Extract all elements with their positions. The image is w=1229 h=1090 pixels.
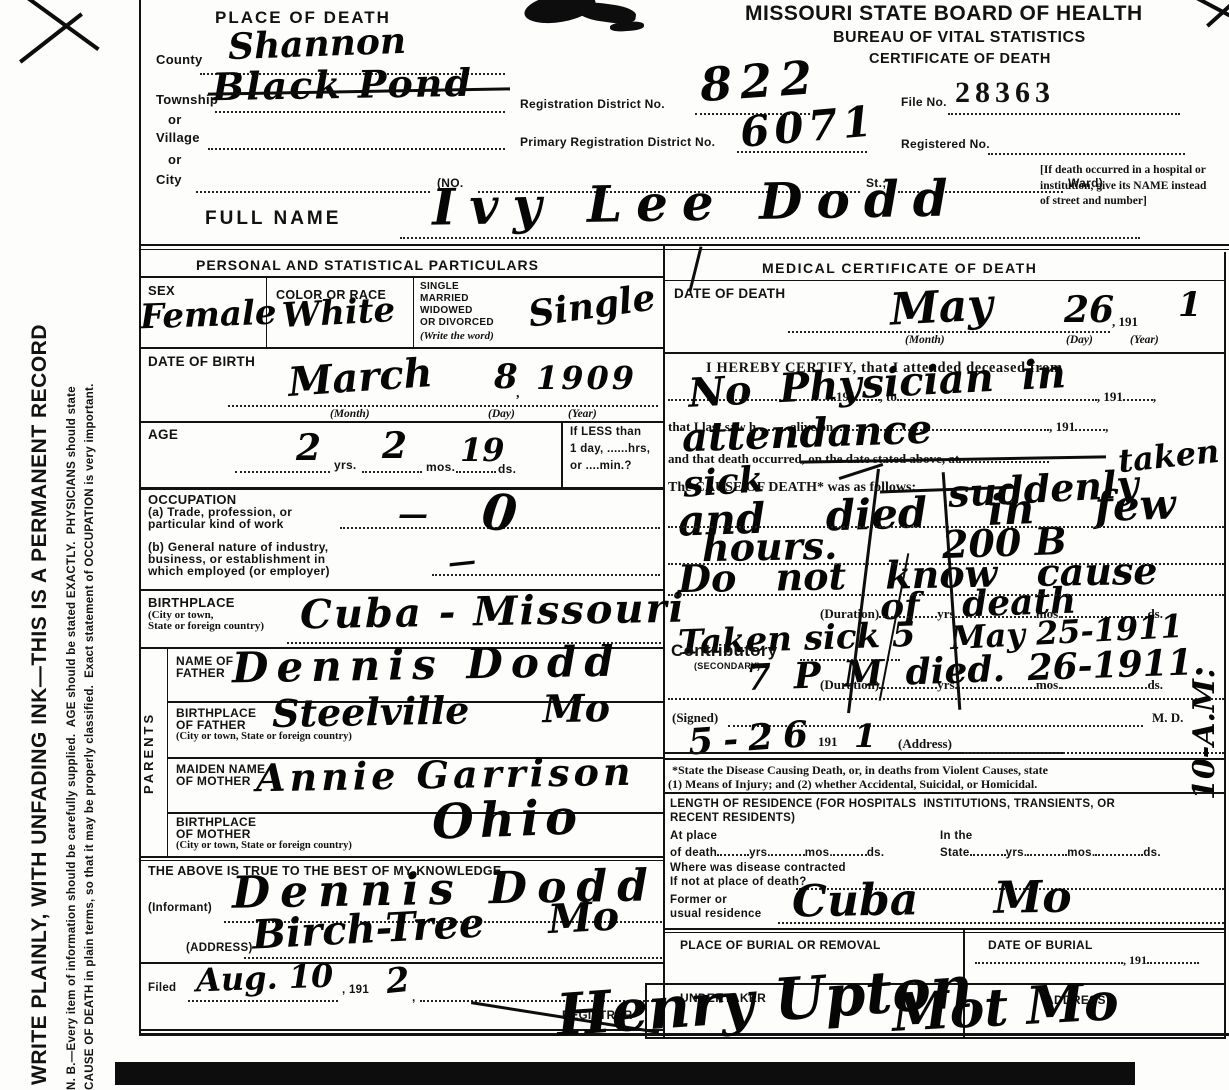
former-residence-value: Cuba Mo	[792, 876, 1072, 925]
dob-day-value: 8	[494, 360, 518, 394]
personal-title: PERSONAL AND STATISTICAL PARTICULARS	[196, 257, 539, 273]
informant-address-label: (ADDRESS)	[186, 942, 253, 954]
rule	[139, 856, 663, 858]
margin-permanent-record-note: WRITE PLAINLY, WITH UNFADING INK—THIS IS…	[28, 20, 64, 1085]
age-months-unit: mos.	[426, 460, 455, 474]
signed-year-value: 1	[854, 720, 876, 752]
filed-line	[188, 999, 338, 1002]
residence-in-state: In the	[940, 830, 972, 842]
signed-year-printed: 191	[818, 734, 838, 750]
bureau-title: BUREAU OF VITAL STATISTICS	[833, 29, 1086, 47]
residence-at-place: At place	[670, 830, 717, 842]
color-race-value: White	[281, 293, 396, 333]
section-divider	[139, 244, 1229, 246]
date-of-burial-line: , 191	[975, 952, 1199, 968]
age-less-than-note: or ....min.?	[570, 460, 632, 472]
dod-year-caption: (Year)	[1130, 334, 1159, 346]
mother-birthplace-value: Ohio	[431, 793, 584, 846]
registration-district-value: 822	[699, 54, 822, 108]
cause-line	[668, 697, 1224, 700]
rule	[167, 812, 663, 814]
age-line	[235, 470, 330, 473]
marital-option: SINGLE	[420, 281, 459, 292]
father-name-value: Dennis Dodd	[232, 641, 622, 690]
rule	[413, 277, 414, 347]
date-of-death-label: DATE OF DEATH	[674, 286, 785, 301]
date-of-death-year-printed: , 191	[1112, 314, 1138, 330]
dob-comma: ,	[516, 386, 520, 402]
vertical-annotation: 10-A.M.	[1190, 630, 1226, 800]
full-name-line	[400, 236, 1140, 239]
village-line	[208, 147, 505, 150]
dob-day-caption: (Day)	[488, 408, 515, 420]
rule	[139, 276, 663, 278]
ink-slash-mark	[688, 246, 702, 291]
or-label: or	[168, 112, 182, 127]
birthplace-label: BIRTHPLACE	[148, 595, 235, 610]
cause-line	[668, 562, 1224, 565]
center-divider	[663, 245, 665, 1037]
residence-in-state-line: Stateyrs.mos.ds.	[940, 844, 1161, 859]
footnote-line2: (1) Means of Injury; and (2) whether Acc…	[668, 777, 1037, 792]
dod-month-caption: (Month)	[905, 334, 945, 346]
marital-option: WIDOWED	[420, 305, 473, 316]
rule	[139, 487, 663, 490]
rule	[663, 792, 1226, 794]
age-years-value: 2	[296, 430, 321, 466]
file-no-value: 28363	[955, 76, 1055, 110]
marital-option: MARRIED	[420, 293, 469, 304]
age-years-unit: yrs.	[334, 458, 357, 472]
board-title: MISSOURI STATE BOARD OF HEALTH	[745, 2, 1143, 26]
village-label: Village	[156, 130, 200, 145]
age-days-unit: ds.	[498, 462, 516, 476]
section-divider	[139, 249, 1229, 250]
occupation-b-dash: —	[447, 547, 478, 578]
filed-date-value: Aug. 10	[195, 960, 333, 997]
file-no-label: File No.	[901, 95, 947, 109]
footnote-line1: *State the Disease Causing Death, or, in…	[672, 763, 1048, 778]
township-value: Black Pond	[212, 64, 474, 107]
date-of-death-year-value: 1	[1178, 288, 1202, 322]
residence-at-place-line: of deathyrs.mos.ds.	[670, 844, 884, 859]
city-label: City	[156, 172, 182, 187]
dob-month-value: March	[287, 353, 434, 403]
filed-year-printed: , 191	[342, 984, 369, 996]
rule	[663, 758, 1226, 760]
certificate-title: CERTIFICATE OF DEATH	[869, 51, 1051, 67]
md-label: M. D.	[1152, 710, 1183, 726]
scan-artifact-bar	[115, 1062, 1135, 1085]
marital-value: Single	[526, 279, 657, 332]
registered-no-line	[988, 152, 1185, 155]
rule	[139, 347, 663, 349]
former-residence-label: usual residence	[670, 908, 761, 920]
place-of-burial-label: PLACE OF BURIAL OR REMOVAL	[680, 938, 881, 952]
informant-label: (Informant)	[148, 902, 212, 914]
residence-title: LENGTH OF RESIDENCE (FOR HOSPITALS INSTI…	[670, 798, 1115, 810]
city-line	[196, 190, 430, 193]
mother-birthplace-label: OF MOTHER	[176, 827, 251, 841]
residence-title: RECENT RESIDENTS)	[670, 812, 795, 824]
signed-address-line	[964, 751, 1224, 754]
parents-vertical-label: PARENTS	[141, 652, 165, 854]
cause-line	[668, 593, 1224, 596]
dob-month-caption: (Month)	[330, 408, 370, 420]
medical-title: MEDICAL CERTIFICATE OF DEATH	[762, 260, 1037, 276]
county-label: County	[156, 52, 203, 67]
dob-year-value: 1909	[536, 362, 637, 394]
birthplace-value: Cuba - Missouri	[300, 589, 686, 636]
primary-district-label: Primary Registration District No.	[520, 135, 715, 149]
former-residence-label: Former or	[670, 894, 727, 906]
county-value: Shannon	[227, 23, 406, 65]
age-less-than-note: If LESS than	[570, 426, 641, 438]
primary-district-value: 6071	[738, 100, 878, 154]
mother-birthplace-caption: (City or town, State or foreign country)	[176, 840, 352, 851]
age-months-value: 2	[382, 428, 407, 464]
margin-binding-note: MARGIN RESERVED FOR BINDING	[0, 295, 16, 755]
full-name-label: FULL NAME	[205, 208, 341, 230]
dob-year-caption: (Year)	[568, 408, 597, 420]
ink-blot	[610, 21, 645, 32]
death-certificate-scan: MARGIN RESERVED FOR BINDING WRITE PLAINL…	[0, 0, 1229, 1090]
registered-no-label: Registered No.	[901, 137, 990, 151]
rule	[663, 928, 1226, 930]
marital-option: OR DIVORCED	[420, 317, 494, 328]
occupation-a-dash: —	[398, 500, 428, 530]
undertaker-address-value: Mot Mo	[891, 976, 1120, 1040]
disease-contracted-label: Where was disease contracted	[670, 862, 846, 874]
date-of-death-month: May	[889, 283, 994, 332]
duration-line: (Duration)yrs.mos.ds.	[820, 676, 1163, 693]
filed-label: Filed	[148, 982, 176, 994]
hospital-note: [If death occurred in a hospital or inst…	[1040, 163, 1212, 210]
dob-label: DATE OF BIRTH	[148, 354, 255, 369]
father-birthplace-label: OF FATHER	[176, 718, 246, 732]
date-of-burial-label: DATE OF BURIAL	[988, 938, 1093, 952]
rule	[663, 352, 1226, 354]
signed-address-label: (Address)	[898, 736, 952, 752]
date-of-death-day: 26	[1064, 292, 1114, 328]
age-label: AGE	[148, 427, 178, 442]
margin-nb-note-line1: N. B.—Every item of information should b…	[66, 0, 86, 1090]
marital-write-word: (Write the word)	[420, 330, 494, 342]
dod-day-caption: (Day)	[1066, 334, 1093, 346]
age-line	[456, 470, 496, 473]
age-less-than-note: 1 day, ......hrs,	[570, 443, 650, 455]
occupation-a-label: particular kind of work	[148, 517, 284, 531]
filed-comma: ,	[412, 990, 416, 1004]
margin-nb-note-line2: CAUSE OF DEATH in plain terms, so that i…	[84, 0, 104, 1090]
rule	[167, 647, 168, 857]
registration-district-label: Registration District No.	[520, 97, 665, 111]
file-no-line	[948, 112, 1180, 115]
birthplace-caption: State or foreign country)	[148, 620, 264, 632]
form-left-border	[139, 0, 141, 1035]
filed-year-value: 2	[384, 963, 411, 999]
full-name-value: Ivy Lee Dodd	[432, 173, 963, 232]
rule	[139, 421, 663, 423]
age-line	[362, 470, 422, 473]
hw-attendance: attendance	[681, 410, 932, 459]
father-name-label: FATHER	[176, 666, 225, 680]
disease-contracted-label: If not at place of death?	[670, 876, 807, 888]
father-birthplace-value: Steelville Mo	[272, 689, 611, 733]
rule	[561, 421, 563, 487]
township-line	[215, 110, 505, 113]
occupation-b-label: which employed (or employer)	[148, 564, 330, 578]
occupation-a-value: 0	[479, 486, 519, 539]
sex-value: Female	[139, 296, 277, 335]
rule	[663, 932, 1226, 933]
or-label: or	[168, 152, 182, 167]
mother-name-label: OF MOTHER	[176, 774, 251, 788]
